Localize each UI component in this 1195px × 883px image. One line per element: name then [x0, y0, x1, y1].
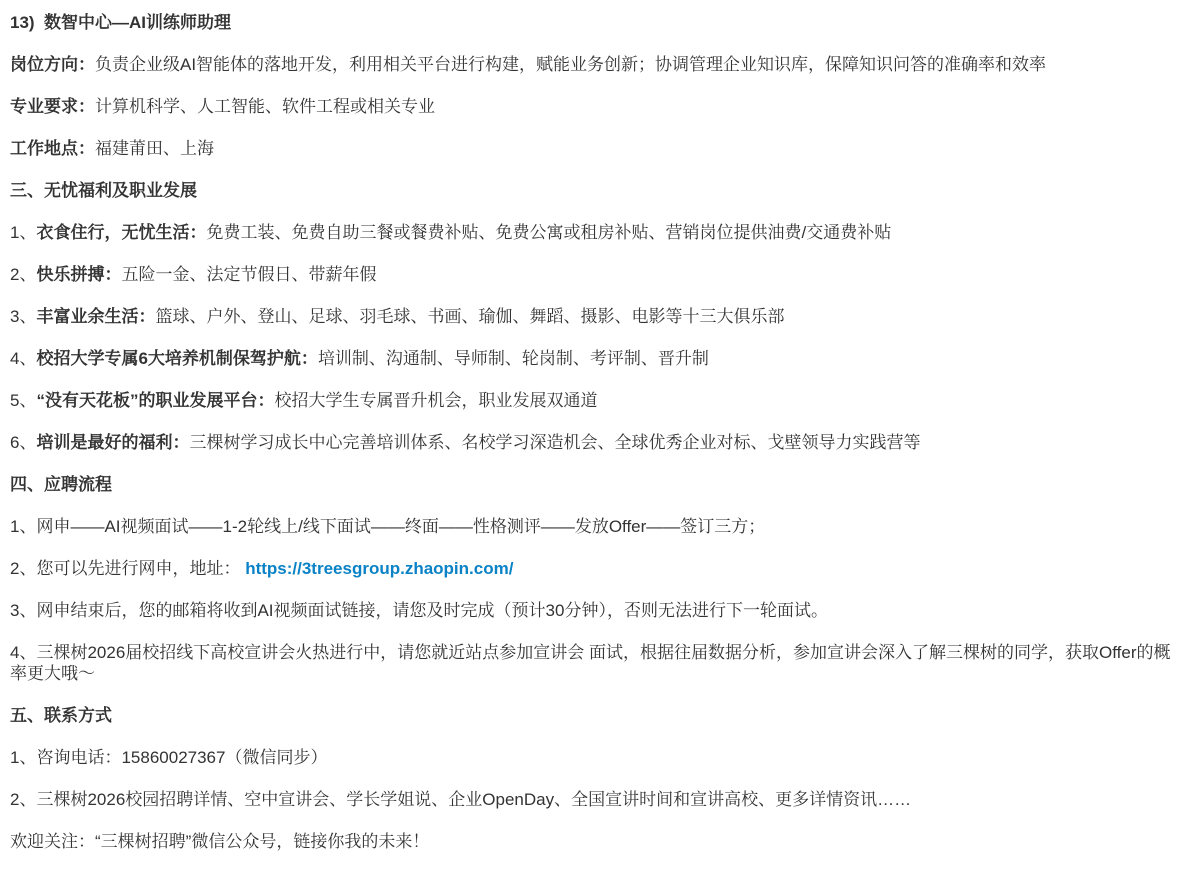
item-number: 5、 — [10, 391, 36, 410]
item-label: 衣食住行，无忧生活： — [36, 223, 206, 242]
paragraph: 1、咨询电话：15860027367（微信同步） — [10, 747, 1183, 768]
item-text: 负责企业级AI智能体的落地开发，利用相关平台进行构建，赋能业务创新；协调管理企业… — [95, 55, 1046, 74]
paragraph: 欢迎关注：“三棵树招聘”微信公众号，链接你我的未来！ — [10, 831, 1183, 852]
item-label: “没有天花板”的职业发展平台： — [36, 391, 274, 410]
item-text: 免费工装、免费自助三餐或餐费补贴、免费公寓或租房补贴、营销岗位提供油费/交通费补… — [206, 223, 891, 242]
item-label: 岗位方向： — [10, 55, 95, 74]
paragraph: 2、您可以先进行网申，地址： https://3treesgroup.zhaop… — [10, 558, 1183, 579]
item-text: 篮球、户外、登山、足球、羽毛球、书画、瑜伽、舞蹈、摄影、电影等十三大俱乐部 — [155, 307, 784, 326]
item-label: 丰富业余生活： — [36, 307, 155, 326]
item-number: 2、 — [10, 790, 36, 809]
item-text: 三棵树2026校园招聘详情、空中宣讲会、学长学姐说、企业OpenDay、全国宣讲… — [36, 790, 911, 809]
item-number: 3、 — [10, 601, 36, 620]
paragraph: 3、网申结束后，您的邮箱将收到AI视频面试链接，请您及时完成（预计30分钟），否… — [10, 600, 1183, 621]
paragraph: 4、三棵树2026届校招线下高校宣讲会火热进行中，请您就近站点参加宣讲会 面试，… — [10, 642, 1183, 684]
item-number: 4、 — [10, 643, 36, 662]
item-number: 1、 — [10, 748, 36, 767]
item-text: 三棵树2026届校招线下高校宣讲会火热进行中，请您就近站点参加宣讲会 面试，根据… — [10, 643, 1171, 683]
section-heading-text: 四、应聘流程 — [10, 475, 112, 494]
item-number: 6、 — [10, 433, 36, 452]
item-number: 1、 — [10, 517, 36, 536]
item-text: 网申结束后，您的邮箱将收到AI视频面试链接，请您及时完成（预计30分钟），否则无… — [36, 601, 827, 620]
item-label: 快乐拼搏： — [36, 265, 121, 284]
item-label: 培训是最好的福利： — [36, 433, 189, 452]
item-text: 计算机科学、人工智能、软件工程或相关专业 — [95, 97, 435, 116]
item-text: 您可以先进行网申，地址： — [36, 559, 245, 578]
item-text: 欢迎关注：“三棵树招聘”微信公众号，链接你我的未来！ — [10, 832, 429, 851]
item-number: 1、 — [10, 223, 36, 242]
paragraph: 1、衣食住行，无忧生活：免费工装、免费自助三餐或餐费补贴、免费公寓或租房补贴、营… — [10, 222, 1183, 243]
item-text: 福建莆田、上海 — [95, 139, 214, 158]
item-text: 三棵树学习成长中心完善培训体系、名校学习深造机会、全球优秀企业对标、戈壁领导力实… — [189, 433, 920, 452]
paragraph: 2、三棵树2026校园招聘详情、空中宣讲会、学长学姐说、企业OpenDay、全国… — [10, 789, 1183, 810]
section-heading-text: 五、联系方式 — [10, 706, 112, 725]
section-heading: 五、联系方式 — [10, 705, 1183, 726]
item-text: 校招大学生专属晋升机会，职业发展双通道 — [274, 391, 597, 410]
section-heading-text: 13) 数智中心—AI训练师助理 — [10, 13, 231, 32]
paragraph: 2、快乐拼搏：五险一金、法定节假日、带薪年假 — [10, 264, 1183, 285]
section-heading: 三、无忧福利及职业发展 — [10, 180, 1183, 201]
section-heading-text: 三、无忧福利及职业发展 — [10, 181, 197, 200]
item-label: 工作地点： — [10, 139, 95, 158]
paragraph: 工作地点：福建莆田、上海 — [10, 138, 1183, 159]
job-posting: 13) 数智中心—AI训练师助理岗位方向：负责企业级AI智能体的落地开发，利用相… — [0, 0, 1195, 883]
item-text: 五险一金、法定节假日、带薪年假 — [121, 265, 376, 284]
item-number: 4、 — [10, 349, 36, 368]
paragraph: 5、“没有天花板”的职业发展平台：校招大学生专属晋升机会，职业发展双通道 — [10, 390, 1183, 411]
application-link[interactable]: https://3treesgroup.zhaopin.com/ — [245, 559, 513, 578]
paragraph: 4、校招大学专属6大培养机制保驾护航：培训制、沟通制、导师制、轮岗制、考评制、晋… — [10, 348, 1183, 369]
paragraph: 专业要求：计算机科学、人工智能、软件工程或相关专业 — [10, 96, 1183, 117]
item-number: 2、 — [10, 265, 36, 284]
paragraph: 岗位方向：负责企业级AI智能体的落地开发，利用相关平台进行构建，赋能业务创新；协… — [10, 54, 1183, 75]
paragraph: 6、培训是最好的福利：三棵树学习成长中心完善培训体系、名校学习深造机会、全球优秀… — [10, 432, 1183, 453]
section-heading: 13) 数智中心—AI训练师助理 — [10, 12, 1183, 33]
section-heading: 四、应聘流程 — [10, 474, 1183, 495]
item-text: 咨询电话：15860027367（微信同步） — [36, 748, 327, 767]
paragraph: 3、丰富业余生活：篮球、户外、登山、足球、羽毛球、书画、瑜伽、舞蹈、摄影、电影等… — [10, 306, 1183, 327]
item-label: 校招大学专属6大培养机制保驾护航： — [36, 349, 317, 368]
item-text: 网申——AI视频面试——1-2轮线上/线下面试——终面——性格测评——发放Off… — [36, 517, 765, 536]
item-number: 2、 — [10, 559, 36, 578]
item-label: 专业要求： — [10, 97, 95, 116]
item-number: 3、 — [10, 307, 36, 326]
paragraph: 1、网申——AI视频面试——1-2轮线上/线下面试——终面——性格测评——发放O… — [10, 516, 1183, 537]
item-text: 培训制、沟通制、导师制、轮岗制、考评制、晋升制 — [318, 349, 709, 368]
